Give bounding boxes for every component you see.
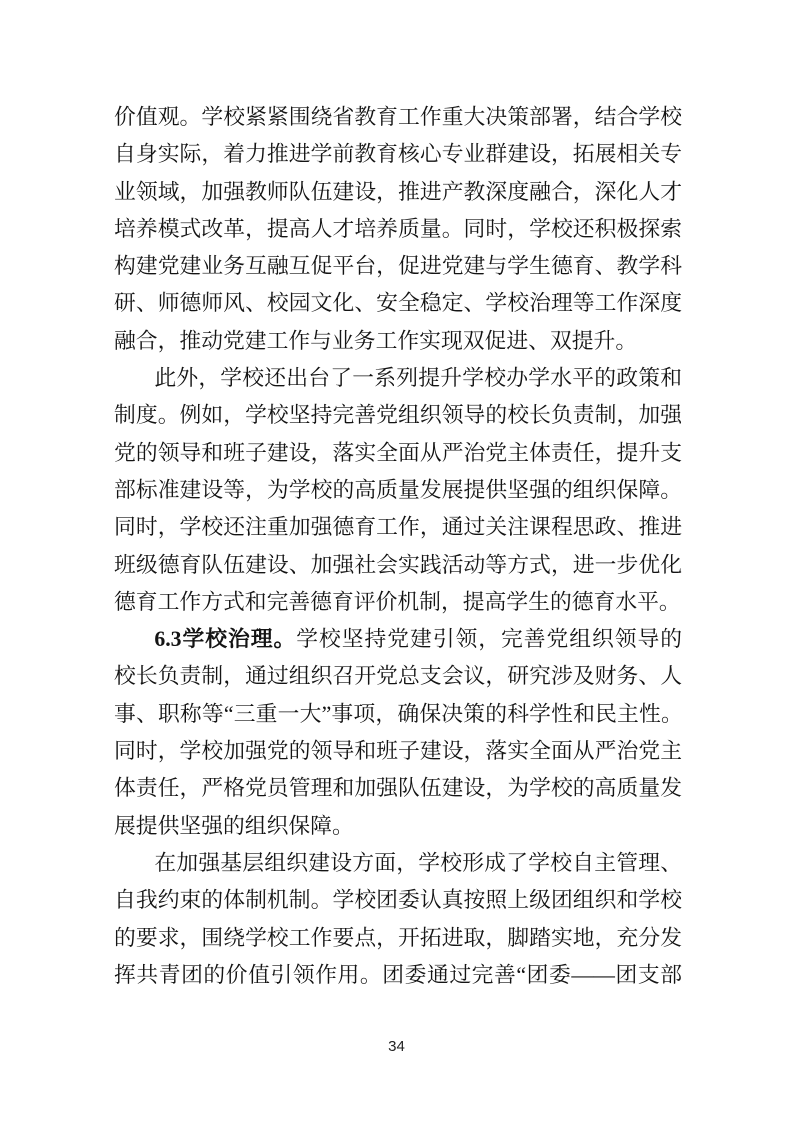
- text-line: 校长负责制，通过组织召开党总支会议，研究涉及财务、人: [114, 658, 682, 695]
- text-line: 自身实际，着力推进学前教育核心专业群建设，拓展相关专: [114, 136, 682, 173]
- text-line: 自我约束的体制机制。学校团委认真按照上级团组织和学校: [114, 882, 682, 919]
- text-line: 党的领导和班子建设，落实全面从严治党主体责任，提升支: [114, 435, 682, 472]
- document-page: 价值观。学校紧紧围绕省教育工作重大决策部署，结合学校 自身实际，着力推进学前教育…: [0, 0, 793, 1122]
- text-line: 构建党建业务互融互促平台，促进党建与学生德育、教学科: [114, 248, 682, 285]
- text-line: 同时，学校还注重加强德育工作，通过关注课程思政、推进: [114, 509, 682, 546]
- text-line-paragraph-start: 此外，学校还出台了一系列提升学校办学水平的政策和: [114, 360, 682, 397]
- page-number: 34: [0, 1038, 793, 1055]
- text-line: 研、师德师风、校园文化、安全稳定、学校治理等工作深度: [114, 285, 682, 322]
- text-line: 挥共青团的价值引领作用。团委通过完善“团委——团支部: [114, 957, 682, 994]
- section-heading-rest: 学校坚持党建引领，完善党组织领导的: [296, 627, 682, 651]
- text-line: 事、职称等“三重一大”事项，确保决策的科学性和民主性。: [114, 696, 682, 733]
- text-line-paragraph-end: 展提供坚强的组织保障。: [114, 808, 682, 845]
- text-line: 制度。例如，学校坚持完善党组织领导的校长负责制，加强: [114, 397, 682, 434]
- text-line: 班级德育队伍建设、加强社会实践活动等方式，进一步优化: [114, 547, 682, 584]
- text-line: 的要求，围绕学校工作要点，开拓进取，脚踏实地，充分发: [114, 920, 682, 957]
- text-line-paragraph-start: 在加强基层组织建设方面，学校形成了学校自主管理、: [114, 845, 682, 882]
- document-text-block: 价值观。学校紧紧围绕省教育工作重大决策部署，结合学校 自身实际，着力推进学前教育…: [114, 99, 682, 994]
- text-line-paragraph-end: 德育工作方式和完善德育评价机制，提高学生的德育水平。: [114, 584, 682, 621]
- section-heading-line: 6.3学校治理。学校坚持党建引领，完善党组织领导的: [114, 621, 682, 658]
- text-line: 培养模式改革，提高人才培养质量。同时，学校还积极探索: [114, 211, 682, 248]
- text-line: 同时，学校加强党的领导和班子建设，落实全面从严治党主: [114, 733, 682, 770]
- text-line: 价值观。学校紧紧围绕省教育工作重大决策部署，结合学校: [114, 99, 682, 136]
- text-line: 部标准建设等，为学校的高质量发展提供坚强的组织保障。: [114, 472, 682, 509]
- text-line-paragraph-end: 融合，推动党建工作与业务工作实现双促进、双提升。: [114, 323, 682, 360]
- text-line: 业领域，加强教师队伍建设，推进产教深度融合，深化人才: [114, 174, 682, 211]
- text-line: 体责任，严格党员管理和加强队伍建设，为学校的高质量发: [114, 770, 682, 807]
- section-heading: 6.3学校治理。: [154, 627, 296, 651]
